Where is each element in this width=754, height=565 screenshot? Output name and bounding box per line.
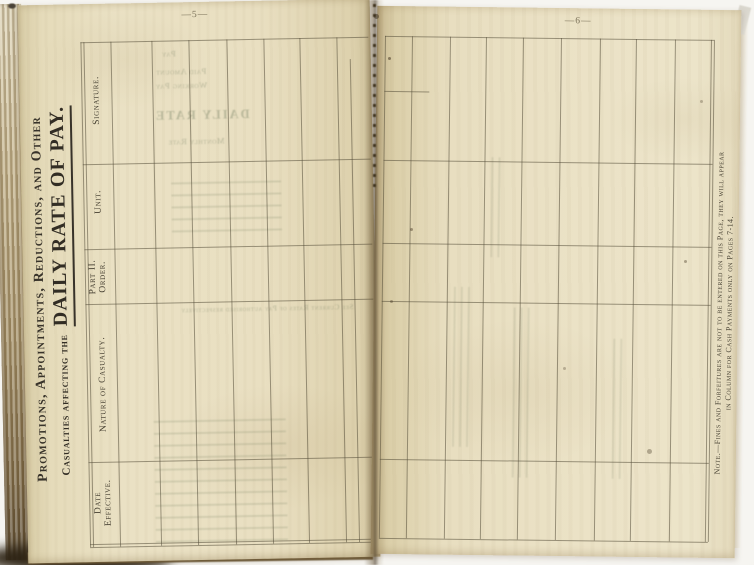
table-gridline: [83, 159, 371, 166]
table-gridline: [350, 59, 360, 542]
table-gridline: [84, 244, 372, 251]
ghost-text: Working Pay: [145, 80, 217, 91]
ghost-text: Monthly Rate: [148, 135, 244, 147]
binding-stitches: [373, 4, 376, 194]
ghost-smudge: [512, 307, 530, 477]
column-header-text: Order.: [97, 261, 108, 293]
table-gridline: [383, 160, 712, 165]
title-emphasis-underlined: DAILY RATE OF PAY.: [46, 106, 76, 327]
column-header-nature-of-casualty: Nature of Casualty.: [95, 327, 110, 442]
table-gridline: [382, 301, 711, 306]
column-header-part-ii-order: Part II. Order.: [86, 254, 108, 300]
ghost-smudge: [612, 339, 628, 479]
scanned-pay-book-spread: —5— Promotions, Appointments, Reductions…: [0, 0, 754, 565]
page-number-right: —6—: [549, 16, 607, 27]
column-header-unit: Unit.: [91, 187, 105, 217]
column-header-text: Date: [93, 492, 103, 514]
table-gridline: [444, 37, 451, 539]
table-gridline: [406, 36, 413, 538]
table-gridline: [384, 91, 429, 93]
column-header-signature: Signature.: [89, 67, 103, 134]
ghost-text: DAILY RATE: [146, 107, 258, 124]
table-gridline: [669, 39, 676, 541]
footnote: Note.—Fines and Forfeitures are not to b…: [712, 72, 738, 554]
column-header-text: Effective.: [102, 479, 113, 526]
table-gridline: [594, 39, 601, 541]
ghost-smudge: [490, 157, 505, 257]
left-page: —5— Promotions, Appointments, Reductions…: [18, 0, 381, 563]
right-page: —6— Note.—Fines and Forfeitures are not …: [371, 6, 742, 558]
table-gridline: [299, 38, 310, 543]
table-gridline: [382, 243, 711, 248]
binding-gutter: [364, 0, 384, 565]
table-gridline: [555, 38, 562, 540]
page-title-line2: Casualties affecting the DAILY RATE OF P…: [45, 86, 83, 495]
table-gridline: [110, 42, 121, 547]
title-prefix: Casualties affecting the: [58, 334, 73, 475]
ghost-smudge: [154, 418, 288, 543]
table-gridline: [480, 37, 487, 539]
paper-specks: [388, 57, 391, 60]
ghost-smudge: [452, 287, 472, 447]
page-number-left: —5—: [166, 9, 224, 20]
footnote-line2: in Column for Cash Payments only on Page…: [723, 216, 735, 410]
table-gridline: [336, 37, 347, 542]
table-gridline: [385, 36, 714, 41]
table-gridline: [380, 459, 709, 464]
ghost-text: Paid Amount: [145, 66, 217, 77]
column-header-date-effective: Date Effective.: [92, 476, 114, 530]
table-gridline: [379, 538, 708, 543]
table-gridline: [630, 39, 637, 541]
table-gridline: [80, 37, 368, 44]
